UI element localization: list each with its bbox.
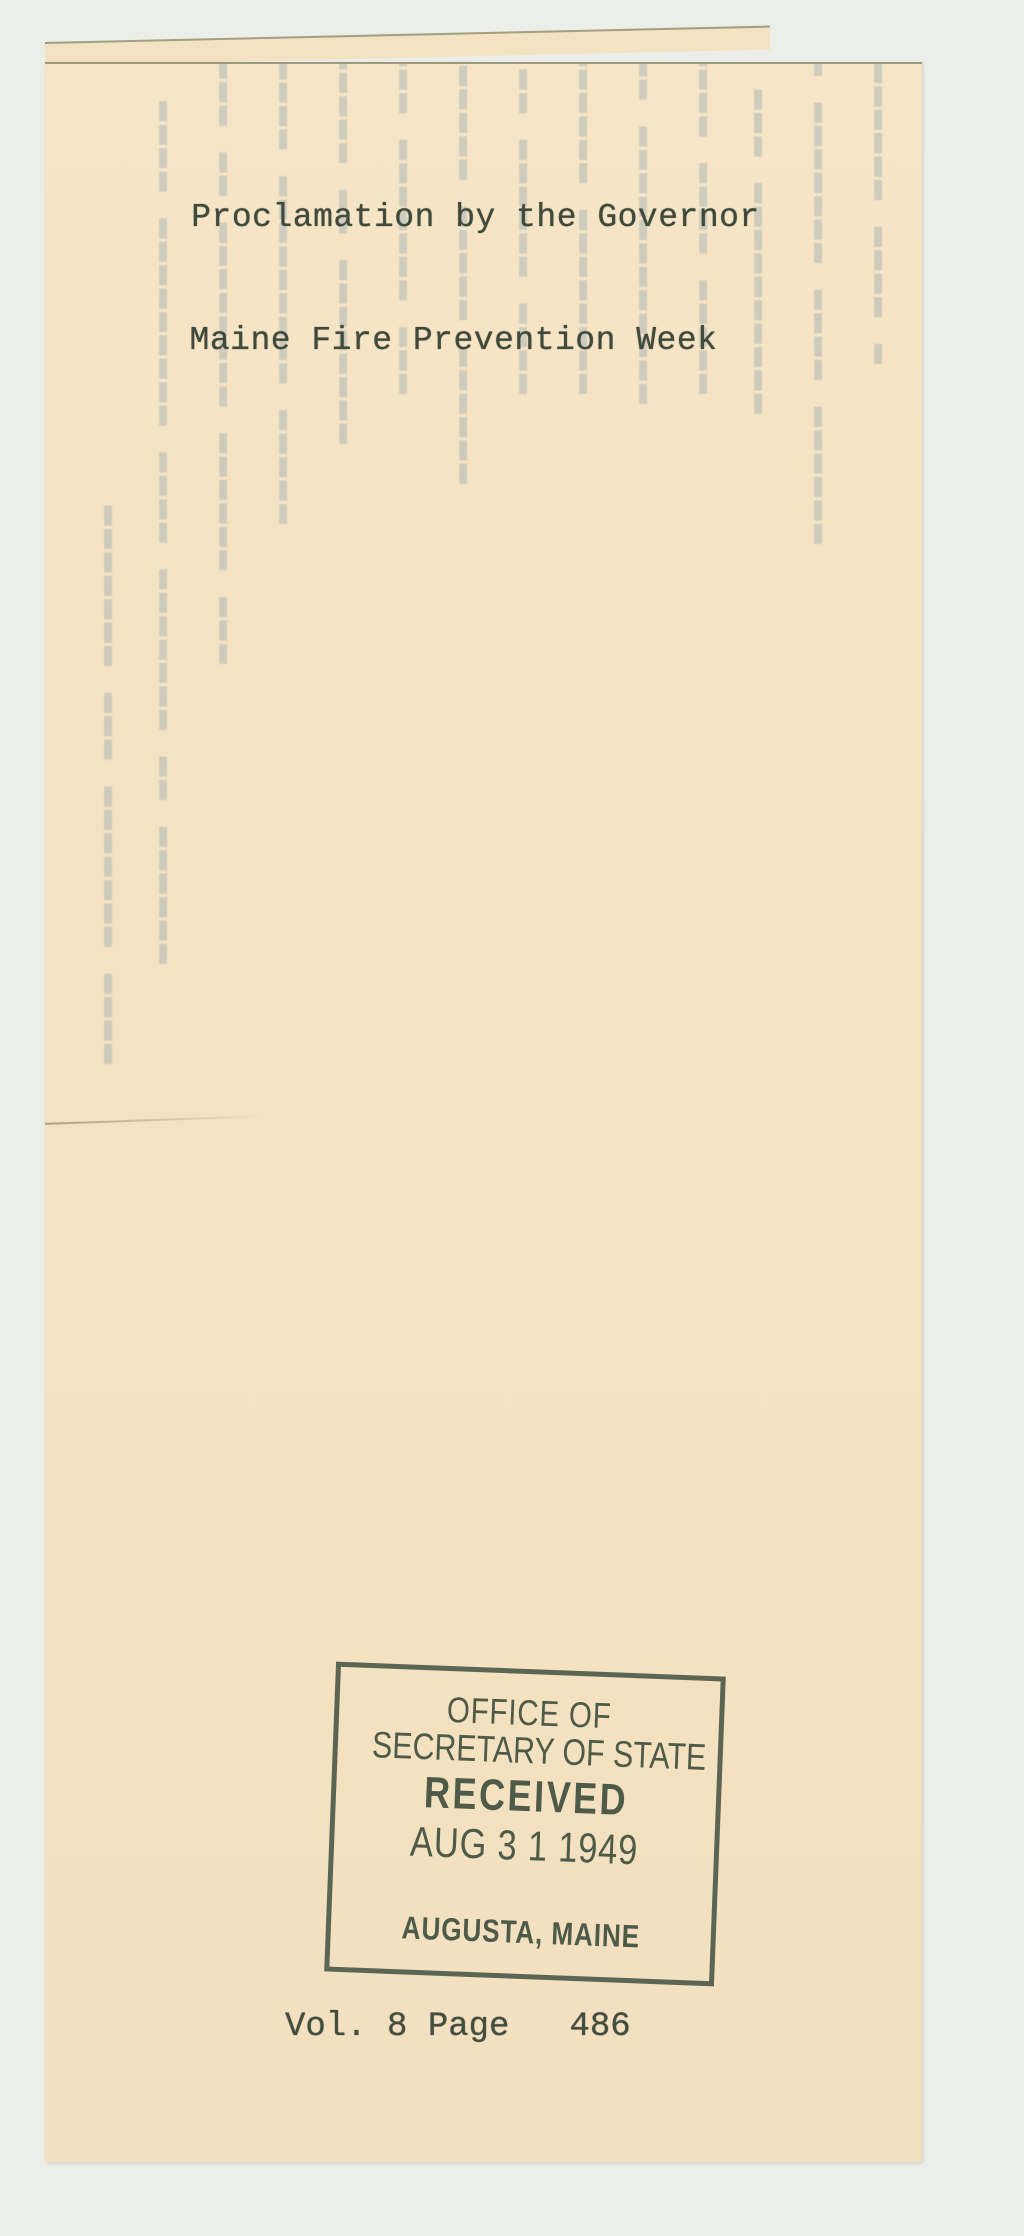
- document-subtitle: Maine Fire Prevention Week: [45, 322, 892, 359]
- page-number: 486: [569, 2008, 630, 2046]
- bleed-through-text: ▬▬▬▬ ▬▬▬▬▬▬▬ ▬▬▬ ▬▬▬▬▬▬▬: [92, 502, 130, 1064]
- stamp-location: AUGUSTA, MAINE: [364, 1908, 677, 1957]
- folded-paper-edge: [45, 26, 770, 66]
- volume-label: Vol. 8 Page: [285, 2008, 509, 2046]
- document-page: ▬ ▬▬▬▬ ▬▬▬▬▬▬ ▬▬ ▬▬▬▬▬▬▬ ▬▬▬▬▬▬▬▬▬ ▬▬▬ ▬…: [45, 62, 922, 2162]
- fold-crease: [45, 1115, 265, 1125]
- bleed-through-text: ▬▬▬ ▬▬▬▬▬▬ ▬▬▬▬▬▬▬▬ ▬▬ ▬▬▬▬▬▬ ▬▬▬▬▬▬▬▬▬▬…: [207, 62, 245, 664]
- bleed-through-text: ▬▬▬▬▬▬▬▬▬▬ ▬▬▬ ▬▬▬▬▬▬▬▬ ▬▬▬▬▬▬▬ ▬▬▬ ▬▬▬▬…: [742, 62, 780, 414]
- volume-page-reference: Vol. 8 Page486: [285, 2008, 631, 2046]
- bleed-through-text: ▬▬▬▬▬ ▬▬▬▬▬▬▬▬▬ ▬▬▬▬ ▬▬▬▬▬▬ ▬▬▬ ▬▬▬▬▬▬▬▬…: [267, 62, 305, 524]
- received-stamp: OFFICE OF SECRETARY OF STATE RECEIVED AU…: [324, 1662, 726, 1987]
- bleed-through-text: ▬▬▬▬▬▬ ▬▬▬▬▬ ▬▬▬▬▬▬▬ ▬▬▬ ▬▬▬▬▬ ▬▬ ▬▬▬▬ ▬…: [447, 62, 485, 484]
- bleed-through-text: ▬▬▬▬▬▬▬▬ ▬▬ ▬▬▬▬▬ ▬▬▬▬▬▬▬▬▬ ▬▬▬▬ ▬▬▬▬▬▬▬…: [327, 62, 365, 444]
- document-title: Proclamation by the Governor: [45, 199, 914, 236]
- bleed-through-text: ▬▬▬▬▬▬ ▬▬▬▬ ▬▬▬▬▬▬▬ ▬▬▬ ▬▬▬▬▬ ▬▬ ▬▬▬▬▬ ▬…: [802, 62, 840, 544]
